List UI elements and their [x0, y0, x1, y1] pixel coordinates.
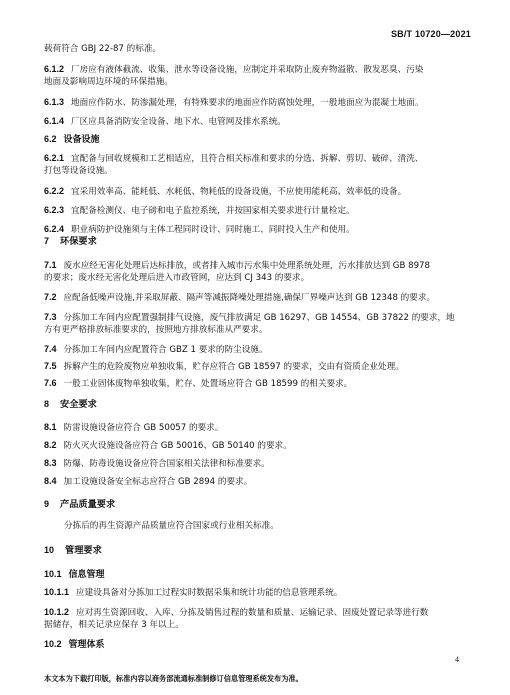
clause-number: 6.1.4 [44, 116, 64, 126]
clause-text: 管理要求 [65, 545, 102, 556]
clause-text: 产品质量要求 [60, 499, 115, 510]
clause-text: 防雷设施设备应符合 GB 50057 的要求。 [64, 423, 224, 433]
paragraph-line: 10.1.2应对再生资源回收、入库、分拣及销售过程的数量和质量、运输记录、固废处… [44, 606, 474, 619]
clause-text: 宜采用效率高、能耗低、水耗低、物耗低的设备设施，不应使用能耗高、效率低的设备。 [71, 187, 406, 197]
paragraph-line: 8.4加工设施设备安全标志应符合 GB 2894 的要求。 [44, 475, 474, 488]
paragraph-line: 6.2.1宜配备与回收规模和工艺相适应，且符合相关标准和要求的分选、拆解、剪切、… [44, 152, 474, 165]
section-heading: 6.2设备设施 [44, 133, 474, 146]
clause-text: 地面应作防水、防渗漏处理，有特殊要求的地面应作防腐蚀处理，一般地面应为混凝土地面… [71, 98, 423, 108]
page-number: 4 [455, 655, 459, 664]
clause-text: 应对再生资源回收、入库、分拣及销售过程的数量和质量、运输记录、固废处置记录等进行… [76, 608, 428, 618]
clause-number: 7 [44, 236, 49, 246]
clause-text: 方有更严格排放标准要求的，按照地方排放标准从严要求。 [44, 325, 267, 335]
clause-number: 6.2 [44, 134, 57, 144]
clause-number: 6.1.2 [44, 64, 64, 74]
paragraph-line: 7.6一般工业固体废物单独收集，贮存、处置场应符合 GB 18599 的相关要求… [44, 377, 474, 390]
clause-number: 7.5 [44, 361, 57, 371]
clause-number: 6.2.4 [44, 224, 64, 234]
standard-code-header: SB/T 10720—2021 [391, 29, 471, 39]
clause-number: 10.1 [44, 569, 62, 579]
clause-number: 8 [44, 399, 49, 409]
clause-text: 环保要求 [60, 236, 97, 247]
clause-text: 地面及影响周边环境的环保措施。 [44, 77, 173, 87]
paragraph-line: 据储存，相关记录应保存 3 年以上。 [44, 619, 474, 631]
clause-number: 10.1.1 [44, 587, 69, 597]
clause-text: 分拣加工车间内应配置强制排气设施，废气排放满足 GB 16297、GB 1455… [64, 313, 455, 323]
paragraph-line: 的要求；废水经无害化处理后进入市政管网，应达到 CJ 343 的要求。 [44, 272, 474, 284]
paragraph-line: 6.1.3地面应作防水、防渗漏处理，有特殊要求的地面应作防腐蚀处理，一般地面应为… [44, 96, 474, 109]
clause-text: 的要求；废水经无害化处理后进入市政管网，应达到 CJ 343 的要求。 [44, 273, 309, 283]
clause-text: 管理体系 [69, 640, 105, 650]
paragraph-line: 方有更严格排放标准要求的，按照地方排放标准从严要求。 [44, 324, 474, 336]
clause-text: 分拣后的再生资源产品质量应符合国家或行业相关标准。 [64, 521, 279, 531]
section-heading: 9产品质量要求 [44, 498, 474, 511]
clause-text: 厂房应有液体截流、收集、泄水等设备设施，应制定并采取防止废弃物溢散、散发恶臭、污… [71, 65, 423, 75]
clause-number: 6.2.1 [44, 153, 64, 163]
clause-text: 应配备低噪声设施,并采取屏蔽、隔声等减振降噪处理措施,确保厂界噪声达到 GB 1… [64, 293, 436, 303]
clause-text: 防爆、防毒设施设备应符合国家相关法律和标准要求。 [64, 459, 270, 469]
clause-number: 10.1.2 [44, 607, 69, 617]
paragraph-line: 7.5拆解产生的危险废物应单独收集，贮存应符合 GB 18597 的要求，交由有… [44, 360, 474, 373]
clause-number: 10 [44, 545, 54, 555]
clause-number: 7.3 [44, 312, 57, 322]
paragraph-line: 7.2应配备低噪声设施,并采取屏蔽、隔声等减振降噪处理措施,确保厂界噪声达到 G… [44, 291, 474, 304]
section-heading: 7环保要求 [44, 235, 474, 248]
clause-number: 6.2.3 [44, 205, 64, 215]
clause-text: 厂区应具备消防安全设备、地下水、电管网及排水系统。 [71, 117, 286, 127]
clause-number: 8.2 [44, 440, 57, 450]
clause-number: 6.2.2 [44, 186, 64, 196]
clause-number: 8.1 [44, 422, 57, 432]
paragraph-line: 7.4分拣加工车间内应配置符合 GBZ 1 要求的防尘设施。 [44, 343, 474, 356]
paragraph-line: 地面及影响周边环境的环保措施。 [44, 76, 474, 88]
clause-number: 8.3 [44, 458, 57, 468]
section-heading: 10.1信息管理 [44, 568, 474, 581]
paragraph-line: 7.1废水应经无害化处理后达标排放，或者排入城市污水集中处理系统处理，污水排放达… [44, 259, 474, 272]
clause-number: 7.6 [44, 378, 57, 388]
clause-number: 7.2 [44, 292, 57, 302]
section-heading: 10管理要求 [44, 544, 474, 557]
paragraph-line: 6.2.2宜采用效率高、能耗低、水耗低、物耗低的设备设施，不应使用能耗高、效率低… [44, 185, 474, 198]
clause-text: 应建设具备对分拣加工过程实时数据采集和统计功能的信息管理系统。 [76, 588, 342, 598]
clause-text: 废水应经无害化处理后达标排放，或者排入城市污水集中处理系统处理，污水排放达到 G… [64, 261, 430, 271]
clause-text: 信息管理 [69, 570, 105, 580]
paragraph-line: 10.1.1应建设具备对分拣加工过程实时数据采集和统计功能的信息管理系统。 [44, 586, 474, 599]
paragraph-line: 6.2.3宜配备检测仪、电子磅和电子监控系统，并按国家相关要求进行计量检定。 [44, 204, 474, 217]
paragraph-line: 8.2防火灭火设施设备应符合 GB 50016、GB 50140 的要求。 [44, 439, 474, 452]
footer-note: 本文本为下载打印版，标准内容以商务部流通标准制修订信息管理系统发布为准。 [44, 674, 303, 684]
clause-number: 10.2 [44, 639, 62, 649]
clause-number: 7.1 [44, 260, 57, 270]
clause-number: 7.4 [44, 344, 57, 354]
paragraph-line: 打包等设备设施。 [44, 165, 474, 177]
clause-text: 打包等设备设施。 [44, 166, 113, 176]
clause-text: 宜配备与回收规模和工艺相适应，且符合相关标准和要求的分选、拆解、剪切、破碎、清洗… [71, 154, 423, 164]
clause-text: 加工设施设备安全标志应符合 GB 2894 的要求。 [64, 477, 253, 487]
paragraph-line: 分拣后的再生资源产品质量应符合国家或行业相关标准。 [64, 520, 494, 532]
clause-text: 一般工业固体废物单独收集，贮存、处置场应符合 GB 18599 的相关要求。 [64, 379, 353, 389]
clause-text: 设备设施 [64, 135, 100, 145]
clause-text: 安全要求 [60, 399, 97, 410]
paragraph-line: 8.1防雷设施设备应符合 GB 50057 的要求。 [44, 421, 474, 434]
section-heading: 8安全要求 [44, 398, 474, 411]
clause-number: 8.4 [44, 476, 57, 486]
clause-number: 6.1.3 [44, 97, 64, 107]
paragraph-line: 8.3防爆、防毒设施设备应符合国家相关法律和标准要求。 [44, 457, 474, 470]
clause-text: 职业病防护设施须与主体工程同时设计、同时施工、同时投入生产和使用。 [71, 225, 355, 235]
clause-text: 拆解产生的危险废物应单独收集，贮存应符合 GB 18597 的要求，交由有资质企… [64, 362, 404, 372]
paragraph-line: 载荷符合 GBJ 22-87 的标准。 [44, 43, 474, 55]
clause-text: 分拣加工车间内应配置符合 GBZ 1 要求的防尘设施。 [64, 345, 268, 355]
paragraph-line: 6.1.4厂区应具备消防安全设备、地下水、电管网及排水系统。 [44, 115, 474, 128]
section-heading: 10.2管理体系 [44, 638, 474, 651]
clause-text: 载荷符合 GBJ 22-87 的标准。 [44, 44, 161, 54]
paragraph-line: 6.1.2厂房应有液体截流、收集、泄水等设备设施，应制定并采取防止废弃物溢散、散… [44, 63, 474, 76]
clause-text: 宜配备检测仪、电子磅和电子监控系统，并按国家相关要求进行计量检定。 [71, 206, 355, 216]
clause-number: 9 [44, 499, 49, 509]
clause-text: 防火灭火设施设备应符合 GB 50016、GB 50140 的要求。 [64, 441, 292, 451]
paragraph-line: 7.3分拣加工车间内应配置强制排气设施，废气排放满足 GB 16297、GB 1… [44, 311, 474, 324]
clause-text: 据储存，相关记录应保存 3 年以上。 [44, 620, 184, 630]
